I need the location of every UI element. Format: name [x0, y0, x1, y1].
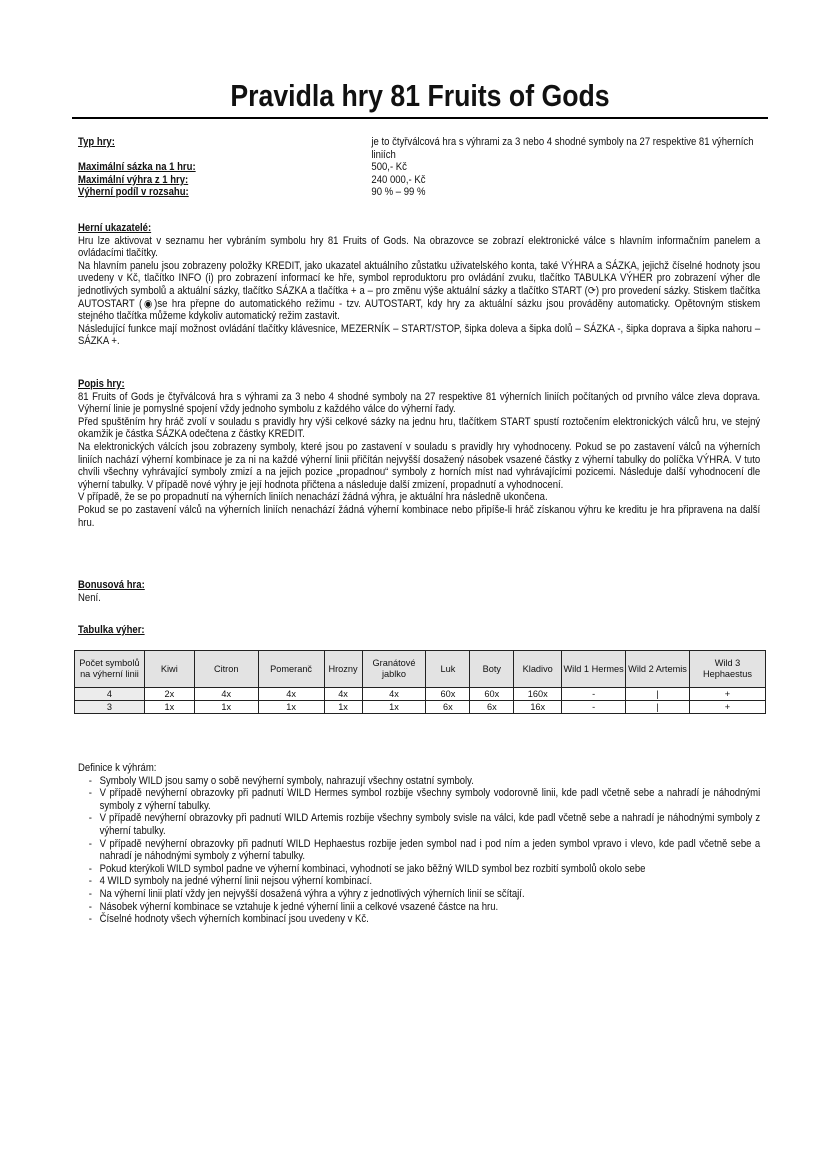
paragraph: 81 Fruits of Gods je čtyřválcová hra s v… — [78, 391, 760, 416]
paytable-header-symbol: Granátové jablko — [362, 651, 426, 688]
paytable-multiplier-cell: | — [626, 701, 690, 714]
paytable-multiplier-cell: 2x — [144, 688, 194, 701]
definition-text: Symboly WILD jsou samy o sobě nevýherní … — [100, 775, 474, 787]
game-info-block: Typ hry: je to čtyřválcová hra s výhrami… — [78, 136, 760, 199]
paytable-multiplier-cell: | — [626, 688, 690, 701]
paytable-header-row: Počet symbolů na výherní liniiKiwiCitron… — [75, 651, 766, 688]
paragraph: Pokud se po zastavení válců na výherních… — [78, 504, 760, 529]
paytable-multiplier-cell: - — [562, 701, 626, 714]
paytable-header-symbol: Citron — [194, 651, 258, 688]
info-value: 240 000,- Kč — [371, 174, 721, 187]
bullet-dash-icon: - — [89, 913, 92, 926]
bullet-dash-icon: - — [89, 838, 92, 851]
list-item: -Na výherní linii platí vždy jen nejvyšš… — [78, 888, 760, 901]
paragraph: V případě, že se po propadnutí na výhern… — [78, 491, 760, 504]
definition-text: Číselné hodnoty všech výherních kombinac… — [100, 913, 369, 925]
paytable: Počet symbolů na výherní liniiKiwiCitron… — [74, 650, 766, 714]
section-heading: Definice k výhrám: — [78, 762, 760, 775]
info-row-max-bet: Maximální sázka na 1 hru: 500,- Kč — [78, 161, 760, 174]
paytable-multiplier-cell: - — [562, 688, 626, 701]
section-paytable-heading: Tabulka výher: — [78, 624, 827, 637]
section-game-indicators: Herní ukazatelé: Hru lze aktivovat v sez… — [78, 222, 827, 348]
list-item: -Pokud kterýkoli WILD symbol padne ve vý… — [78, 863, 760, 876]
paragraph: Na hlavním panelu jsou zobrazeny položky… — [78, 260, 760, 323]
paytable-header-count: Počet symbolů na výherní linii — [75, 651, 145, 688]
definition-text: Na výherní linii platí vždy jen nejvyšší… — [100, 888, 525, 900]
table-row: 42x4x4x4x4x60x60x160x-|+ — [75, 688, 766, 701]
section-heading: Tabulka výher: — [78, 624, 145, 637]
definition-text: V případě nevýherní obrazovky při padnut… — [100, 787, 761, 812]
paragraph: Hru lze aktivovat v seznamu her vybráním… — [78, 235, 760, 260]
paytable-header-symbol: Pomeranč — [258, 651, 324, 688]
bullet-dash-icon: - — [89, 775, 92, 788]
paytable-multiplier-cell: 1x — [362, 701, 426, 714]
paytable-header-symbol: Boty — [470, 651, 514, 688]
paytable-multiplier-cell: 4x — [258, 688, 324, 701]
bullet-dash-icon: - — [89, 812, 92, 825]
list-item: -4 WILD symboly na jedné výherní linii n… — [78, 875, 760, 888]
bullet-dash-icon: - — [89, 901, 92, 914]
paytable-header-symbol: Wild 2 Artemis — [626, 651, 690, 688]
bullet-dash-icon: - — [89, 875, 92, 888]
paytable-multiplier-cell: 4x — [194, 688, 258, 701]
section-bonus-game: Bonusová hra: Není. — [78, 579, 827, 604]
definition-text: Násobek výherní kombinace se vztahuje k … — [100, 901, 499, 913]
paragraph: Následující funkce mají možnost ovládání… — [78, 323, 760, 348]
section-heading: Herní ukazatelé: — [78, 222, 151, 235]
info-value: 500,- Kč — [371, 161, 721, 174]
paytable-multiplier-cell: 4x — [362, 688, 426, 701]
bullet-dash-icon: - — [89, 787, 92, 800]
paytable-multiplier-cell: 1x — [324, 701, 362, 714]
definitions-list: -Symboly WILD jsou samy o sobě nevýherní… — [78, 775, 760, 926]
list-item: -V případě nevýherní obrazovky při padnu… — [78, 812, 760, 837]
paytable-multiplier-cell: + — [689, 688, 765, 701]
info-row-payout: Výherní podíl v rozsahu: 90 % – 99 % — [78, 186, 760, 199]
info-value: je to čtyřválcová hra s výhrami za 3 neb… — [371, 136, 760, 161]
info-label: Typ hry: — [78, 136, 115, 149]
paytable-header-symbol: Luk — [426, 651, 470, 688]
paragraph: Před spuštěním hry hráč zvolí v souladu … — [78, 416, 760, 441]
paytable-multiplier-cell: 1x — [144, 701, 194, 714]
bullet-dash-icon: - — [89, 863, 92, 876]
section-heading: Popis hry: — [78, 378, 125, 391]
title-divider — [72, 117, 768, 119]
bullet-dash-icon: - — [89, 888, 92, 901]
paytable-header-symbol: Kiwi — [144, 651, 194, 688]
paytable-count-cell: 3 — [75, 701, 145, 714]
table-row: 31x1x1x1x1x6x6x16x-|+ — [75, 701, 766, 714]
info-label: Maximální výhra z 1 hry: — [78, 174, 188, 187]
list-item: -V případě nevýherní obrazovky při padnu… — [78, 838, 760, 863]
paytable-header-symbol: Kladivo — [514, 651, 562, 688]
paytable-multiplier-cell: 4x — [324, 688, 362, 701]
list-item: -V případě nevýherní obrazovky při padnu… — [78, 787, 760, 812]
definition-text: V případě nevýherní obrazovky při padnut… — [100, 838, 761, 863]
info-label: Výherní podíl v rozsahu: — [78, 186, 189, 199]
paytable-multiplier-cell: 6x — [426, 701, 470, 714]
paytable-multiplier-cell: + — [689, 701, 765, 714]
paytable-count-cell: 4 — [75, 688, 145, 701]
section-game-description: Popis hry: 81 Fruits of Gods je čtyřválc… — [78, 378, 827, 529]
paragraph: Na elektronických válcích jsou zobrazeny… — [78, 441, 760, 491]
list-item: -Násobek výherní kombinace se vztahuje k… — [78, 901, 760, 914]
section-heading: Bonusová hra: — [78, 579, 145, 592]
paytable-multiplier-cell: 1x — [258, 701, 324, 714]
paytable-multiplier-cell: 160x — [514, 688, 562, 701]
paytable-multiplier-cell: 16x — [514, 701, 562, 714]
paytable-header-symbol: Wild 1 Hermes — [562, 651, 626, 688]
definition-text: V případě nevýherní obrazovky při padnut… — [100, 812, 761, 837]
list-item: -Symboly WILD jsou samy o sobě nevýherní… — [78, 775, 760, 788]
section-win-definitions: Definice k výhrám: -Symboly WILD jsou sa… — [78, 762, 827, 926]
definition-text: 4 WILD symboly na jedné výherní linii ne… — [100, 875, 372, 887]
list-item: -Číselné hodnoty všech výherních kombina… — [78, 913, 760, 926]
paytable-multiplier-cell: 6x — [470, 701, 514, 714]
paytable-multiplier-cell: 60x — [426, 688, 470, 701]
paytable-header-symbol: Hrozny — [324, 651, 362, 688]
info-row-max-win: Maximální výhra z 1 hry: 240 000,- Kč — [78, 174, 760, 187]
definition-text: Pokud kterýkoli WILD symbol padne ve výh… — [100, 863, 646, 875]
info-row-game-type: Typ hry: je to čtyřválcová hra s výhrami… — [78, 136, 760, 161]
paytable-multiplier-cell: 1x — [194, 701, 258, 714]
paragraph: Není. — [78, 592, 760, 605]
paytable-multiplier-cell: 60x — [470, 688, 514, 701]
paytable-header-symbol: Wild 3 Hephaestus — [689, 651, 765, 688]
info-label: Maximální sázka na 1 hru: — [78, 161, 196, 174]
info-value: 90 % – 99 % — [371, 186, 721, 199]
page-title: Pravidla hry 81 Fruits of Gods — [121, 78, 720, 114]
